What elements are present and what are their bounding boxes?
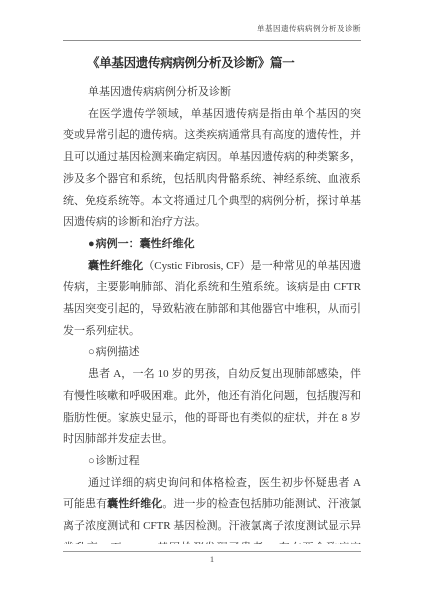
text-run: 在医学遗传学领域，单基因遗传病是指由单个基因的突变或异常引起的遗传病。这类疾病通… [63, 108, 361, 229]
paragraph: 囊性纤维化（Cystic Fibrosis, CF）是一种常见的单基因遗传病，主… [63, 256, 361, 343]
section-heading: ●病例一：囊性纤维化 [63, 234, 361, 256]
text-run: 囊性纤维化 [88, 260, 143, 272]
text-run: 病例描述 [96, 346, 140, 358]
text-run: 病例一：囊性纤维化 [96, 238, 195, 250]
text-run: 患者 A，一名 10 岁的男孩，自幼反复出现肺部感染，伴有慢性咳嗽和呼吸困难。此… [63, 368, 361, 445]
footer-rule [63, 551, 361, 552]
filled-bullet-icon: ● [88, 238, 95, 250]
paragraph: 通过详细的病史询问和体格检查，医生初步怀疑患者 A 可能患有囊性纤维化。进一步的… [63, 473, 361, 544]
section-heading: ○病例描述 [63, 342, 361, 364]
section-heading: ○诊断过程 [63, 451, 361, 473]
page-title: 《单基因遗传病病例分析及诊断》篇一 [63, 53, 361, 71]
running-header-text: 单基因遗传病病例分析及诊断 [257, 24, 361, 33]
document-page: 单基因遗传病病例分析及诊断 《单基因遗传病病例分析及诊断》篇一 单基因遗传病病例… [0, 0, 424, 600]
text-run: 囊性纤维化 [107, 498, 162, 510]
page-number: 1 [0, 554, 424, 564]
paragraph: 患者 A，一名 10 岁的男孩，自幼反复出现肺部感染，伴有慢性咳嗽和呼吸困难。此… [63, 364, 361, 451]
running-header: 单基因遗传病病例分析及诊断 [63, 23, 361, 41]
text-run: 单基因遗传病病例分析及诊断 [88, 86, 231, 98]
open-bullet-icon: ○ [88, 455, 95, 467]
paragraph: 单基因遗传病病例分析及诊断 [63, 82, 361, 104]
document-body: 单基因遗传病病例分析及诊断在医学遗传学领域，单基因遗传病是指由单个基因的突变或异… [63, 82, 361, 544]
text-run: 诊断过程 [96, 455, 140, 467]
open-bullet-icon: ○ [88, 346, 95, 358]
paragraph: 在医学遗传学领域，单基因遗传病是指由单个基因的突变或异常引起的遗传病。这类疾病通… [63, 104, 361, 234]
